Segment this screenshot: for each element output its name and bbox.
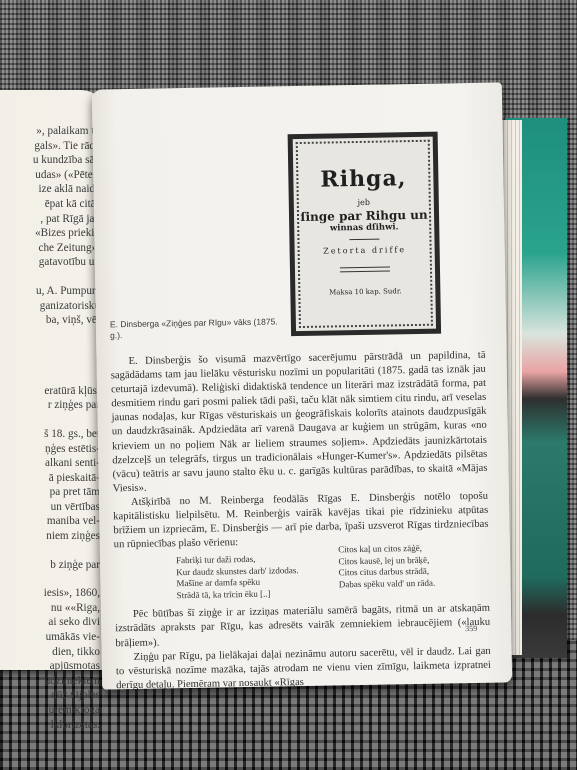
poem-column-left: Fabriķi tur daži rodas,Kur daudz skunste… [176, 553, 299, 601]
poem-line: Strādā tā, ka trīcin ēku [..] [177, 588, 300, 602]
left-page-line: che Zeitung», [0, 241, 100, 256]
left-page-line: b ziņģe par [0, 558, 100, 573]
left-page-line: maniba vel- [0, 514, 100, 529]
left-page-line: dūc vijoles [0, 688, 100, 703]
left-page-line: pa pret tām [0, 485, 100, 500]
illustration-title: Rihga, [293, 165, 433, 193]
left-page-line: u, A. Pumpurs [0, 284, 100, 299]
left-page-text: », palaikam togals». Tie rādau kundzība … [0, 124, 100, 732]
left-page-line [0, 328, 100, 342]
left-page-line [0, 572, 100, 586]
body-text: E. Dinsberģis šo visumā mazvērtīgo sacer… [110, 349, 491, 693]
poem-column-right: Citos kaļ un citos zāģē,Citos kausē, lej… [338, 543, 435, 599]
left-page-line: iesis», 1860, [0, 586, 100, 601]
paragraph-1: E. Dinsberģis šo visumā mazvērtīgo sacer… [110, 349, 487, 496]
illustration-price: Maksa 10 kap. Sudr. [295, 287, 435, 297]
paragraph-4: Ziņģu par Rīgu, pa lielākajai daļai nezi… [116, 644, 492, 693]
right-page: Rihga, jeb ſinge par Rihgu un winnas dſi… [92, 82, 512, 689]
illustration-subtitle: ſinge par Rihgu un [294, 208, 434, 224]
left-page-line: ize aklā naidā [0, 182, 100, 197]
left-page-line: u kundzība sāk [0, 153, 100, 168]
paragraph-3: Pēc būtības šī ziņģe ir ar izziņas mater… [115, 602, 491, 651]
left-page-line: ba, viņš, vēl [0, 313, 100, 328]
left-page-line: udas» («Pēter- [0, 168, 100, 183]
left-page-line: ā pieskaitā- [0, 471, 100, 486]
left-page-line: ūdziniekiem [0, 674, 100, 689]
left-page-line: «Bizes prieki» [0, 226, 100, 241]
left-page-line [0, 270, 100, 284]
left-page-line [0, 342, 100, 356]
page-number: 359 [465, 624, 477, 633]
left-page-line: urēm kroga [0, 703, 100, 718]
left-page-line: š 18. gs., bet [0, 427, 100, 442]
left-page-line: dien, tikko [0, 645, 100, 660]
poem-quote: Fabriķi tur daži rodas,Kur daudz skunste… [114, 550, 490, 603]
left-page-line: apjūsmotas [0, 659, 100, 674]
illustration-edition: Zetorta driffe [295, 245, 435, 256]
left-page-line [0, 370, 100, 384]
left-page-line: eratūrā kļūst [0, 384, 100, 399]
left-page-line: un vērtības [0, 500, 100, 515]
left-page-line: lklorizētas. [0, 718, 100, 733]
left-page-line: », palaikam to [0, 124, 100, 139]
left-page-line: , pat Rīgā jau [0, 212, 100, 227]
left-page-line: nu ««Riga, [0, 601, 100, 616]
left-page-line: umākās vie- [0, 630, 100, 645]
illustration-rule [349, 239, 379, 241]
left-page-line: alkani senti- [0, 456, 100, 471]
left-page-line: gals». Tie rāda [0, 139, 100, 154]
left-page-line: niem ziņģes [0, 529, 100, 544]
illustration-connector: jeb [294, 197, 434, 208]
ornament-icon [340, 266, 390, 272]
left-page-line: ganizatorisku [0, 299, 100, 314]
left-page-line: ēpat kā citās [0, 197, 100, 212]
left-page-line [0, 356, 100, 370]
poem-line: Dabas spēku vald' un rāda. [339, 578, 436, 591]
left-page-line [0, 413, 100, 427]
left-page-line: ai seko divi [0, 615, 100, 630]
figure-caption: E. Dinsberga «Ziņģes par Rīgu» vāks (187… [110, 316, 285, 341]
left-page-line [0, 544, 100, 558]
left-page-line: r ziņģes par [0, 398, 100, 413]
book-cover-illustration: Rihga, jeb ſinge par Rihgu un winnas dſi… [288, 132, 442, 337]
left-page-line: gatavotību un [0, 255, 100, 270]
left-page-line: ņģes estētis- [0, 442, 100, 457]
